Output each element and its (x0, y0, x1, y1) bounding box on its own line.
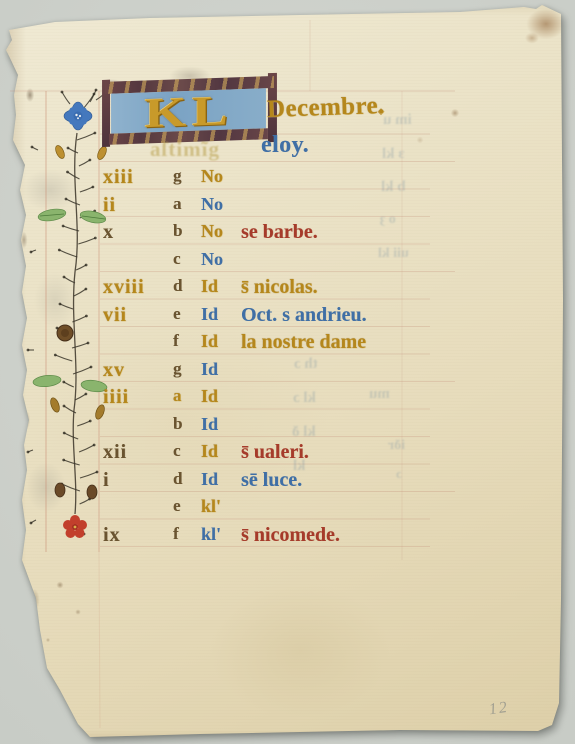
feast-entry: sē luce. (241, 469, 302, 492)
show-through-text: im u (383, 112, 412, 129)
month-title: Decembre. (267, 92, 386, 124)
day-marker: No (201, 166, 223, 187)
day-marker: No (201, 221, 223, 242)
calendar-row: fIdla nostre dame (0, 331, 575, 357)
feast-entry: s̄ nicolas. (241, 276, 318, 299)
dominical-letter: a (173, 386, 182, 406)
dominical-letter: f (173, 331, 179, 351)
golden-number: iiii (103, 386, 129, 409)
calendar-row: cNo (0, 249, 575, 275)
faded-header-text: aſtimĩg (150, 137, 220, 162)
dominical-letter: e (173, 496, 181, 516)
golden-number: vii (103, 304, 127, 327)
kl-panel: KL (111, 88, 266, 133)
feast-eloy: eloy. (261, 132, 309, 159)
dominical-letter: a (173, 194, 182, 214)
day-marker: No (201, 194, 223, 215)
show-through-text: ɜ kl (382, 146, 405, 163)
dominical-letter: c (173, 249, 181, 269)
calendar-row: iiaNo (0, 194, 575, 220)
calendar-row: xbNose barbe. (0, 221, 575, 247)
calendar-row: xiiigNo (0, 166, 575, 192)
feast-entry: Oct. s andrieu. (241, 304, 367, 327)
day-marker: Id (201, 469, 218, 490)
day-marker: Id (201, 386, 218, 407)
golden-number: xiii (103, 166, 134, 189)
feast-entry: s̄ nicomede. (241, 524, 340, 547)
feast-entry: la nostre dame (241, 331, 366, 354)
golden-number: x (103, 221, 114, 244)
day-marker: Id (201, 331, 218, 352)
calendar-row: xiicIds̄ ualeri. (0, 441, 575, 467)
dominical-letter: g (173, 359, 182, 379)
day-marker: kl' (201, 524, 221, 545)
golden-number: xv (103, 359, 125, 382)
golden-number: ix (103, 524, 121, 547)
calendar-row: viieIdOct. s andrieu. (0, 304, 575, 330)
feast-entry: s̄ ualeri. (241, 441, 309, 464)
calendar-row: iiiiaId (0, 386, 575, 412)
dominical-letter: f (173, 524, 179, 544)
golden-number: xii (103, 441, 127, 464)
calendar-row: xviiidIds̄ nicolas. (0, 276, 575, 302)
dominical-letter: c (173, 441, 181, 461)
dominical-letter: b (173, 414, 182, 434)
day-marker: Id (201, 441, 218, 462)
dominical-letter: b (173, 221, 182, 241)
calendar-row: ixfkl's̄ nicomede. (0, 524, 575, 550)
calendar-row: idIdsē luce. (0, 469, 575, 495)
pencil-number: 12 (488, 699, 510, 720)
golden-number: xviii (103, 276, 145, 299)
dominical-letter: g (173, 166, 182, 186)
day-marker: No (201, 249, 223, 270)
golden-number: ii (103, 194, 116, 217)
dominical-letter: e (173, 304, 181, 324)
kl-monogram-block: KL (111, 76, 264, 144)
calendar-row: ekl' (0, 496, 575, 522)
day-marker: Id (201, 304, 218, 325)
day-marker: Id (201, 276, 218, 297)
day-marker: Id (201, 414, 218, 435)
day-marker: kl' (201, 496, 221, 517)
calendar-row: xvgId (0, 359, 575, 385)
feast-entry: se barbe. (241, 221, 318, 244)
dominical-letter: d (173, 276, 182, 296)
golden-number: i (103, 469, 110, 492)
dominical-letter: d (173, 469, 182, 489)
photo-background: im uɜ klb klo ȝuii klth ɔkl ɔmukl ðiðrkl… (0, 0, 575, 744)
day-marker: Id (201, 359, 218, 380)
calendar-row: bId (0, 414, 575, 440)
